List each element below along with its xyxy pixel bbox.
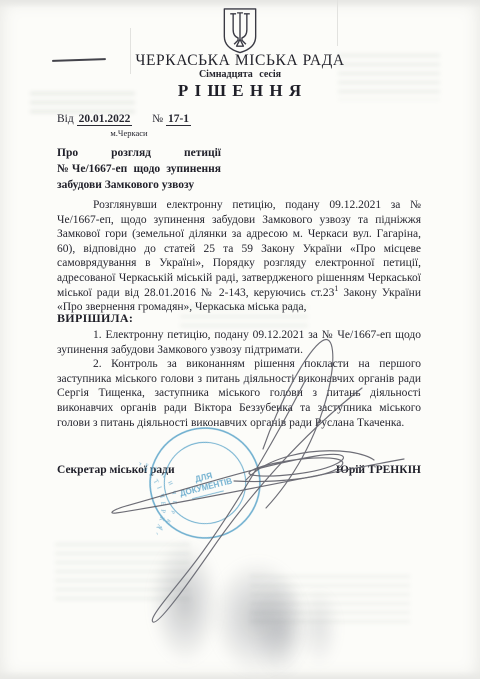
- date-number-row: Від 20.01.2022 № 17-1: [57, 113, 191, 125]
- date-label: Від: [57, 113, 74, 125]
- ink-bleed-artifact: [30, 92, 135, 114]
- stamp-ring-text-inner: ЧЕРКАСЬКОЇ МІСЬКОЇ РАДИ: [133, 453, 185, 546]
- ink-bleed-artifact: [338, 54, 440, 100]
- number-value: 17-1: [166, 113, 191, 126]
- subject-line-3: забудови Замкового узвозу: [57, 177, 221, 193]
- scanned-decision-document: ЧЕРКАСЬКА МІСЬКА РАДА Сімнадцята сесія Р…: [0, 0, 480, 679]
- subject-line-2: №Че/1667-еп щодо зупинення: [57, 161, 221, 177]
- round-official-stamp: ЧЕРКАСЬКА МІСЬКА РАДА ЧЕРКАСЬКОЇ ОБЛАСТІ…: [133, 411, 276, 554]
- preamble-text: Розглянувши електронну петицію, подану 0…: [57, 199, 421, 299]
- decision-item-1: 1. Електронну петицію, подану 09.12.2021…: [57, 328, 421, 357]
- svg-text:ЧЕРКАСЬКОЇ МІСЬКОЇ РАДИ: ЧЕРКАСЬКОЇ МІСЬКОЇ РАДИ: [133, 453, 185, 546]
- signer-name: Юрій ТРЕНКІН: [336, 464, 421, 476]
- subject-line-1: Про розгляд петиції: [57, 145, 221, 161]
- city-line: м.Черкаси: [84, 128, 174, 138]
- preamble-paragraph: Розглянувши електронну петицію, подану 0…: [57, 198, 421, 315]
- scan-smudge: [298, 588, 340, 668]
- number-sign: №: [152, 113, 163, 125]
- ukraine-trident-emblem-icon: [222, 7, 258, 54]
- subject-block: Про розгляд петиції №Че/1667-еп щодо зуп…: [57, 145, 221, 193]
- resolved-heading: ВИРІШИЛА:: [57, 311, 133, 326]
- ink-bleed-artifact: [180, 306, 308, 332]
- paper-fold-line: [337, 0, 338, 46]
- date-value: 20.01.2022: [77, 113, 133, 126]
